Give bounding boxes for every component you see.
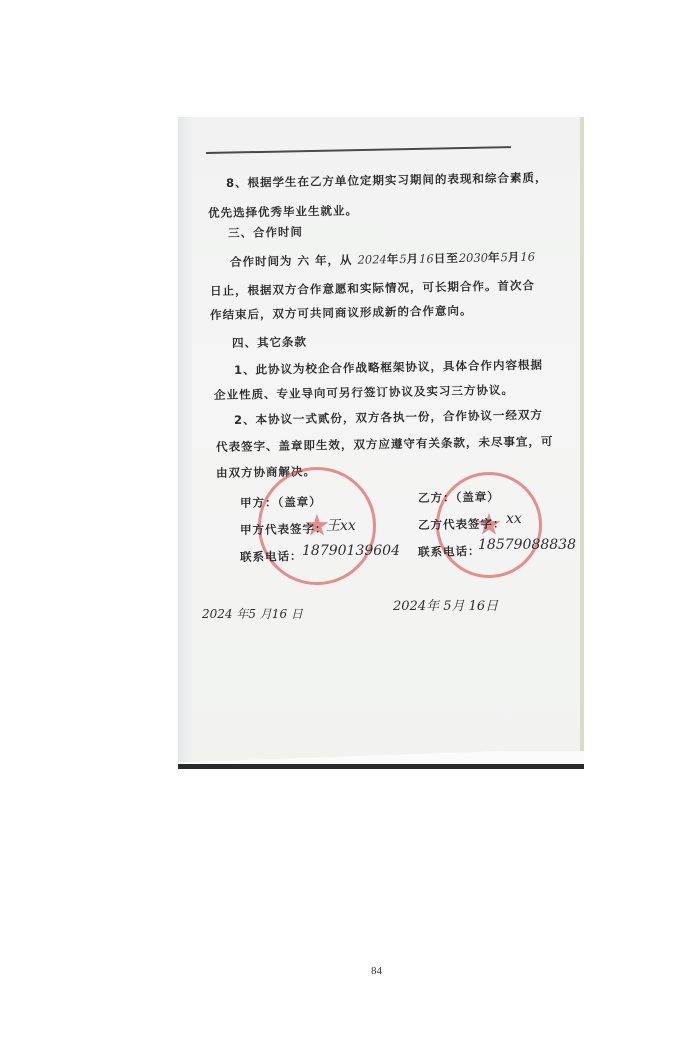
- other-terms-1-line2: 企业性质、专业导向可另行签订协议及实习三方协议。: [214, 382, 514, 403]
- section-3-title: 三、合作时间: [228, 224, 303, 241]
- header-rule: [206, 146, 511, 154]
- clause-8-line1: 8、根据学生在乙方单位定期实习期间的表现和综合素质，: [226, 169, 548, 191]
- coop-end-year: 2030: [459, 250, 489, 265]
- party-a-phone-label: 联系电话：: [240, 548, 303, 565]
- cooperation-period-line3: 作结束后，双方可共同商议形成新的合作意向。: [210, 302, 473, 323]
- coop-start-day: 16: [419, 251, 434, 265]
- party-b-signature: xx: [506, 511, 522, 527]
- cooperation-period-line1: 合作时间为 六 年，从 2024年5月16日至2030年5月16: [230, 249, 535, 270]
- coop-end-month: 5: [500, 250, 508, 264]
- page-shadow: [178, 117, 192, 769]
- party-a-label: 甲方：（盖章）: [240, 494, 322, 511]
- party-b-date: 2024年 5月 16日: [393, 595, 498, 614]
- scanned-document-photo: 8、根据学生在乙方单位定期实习期间的表现和综合素质， 优先选择优秀毕业生就业。 …: [178, 117, 584, 769]
- party-a-signature: 王xx: [326, 515, 356, 535]
- section-4-title: 四、其它条款: [232, 334, 307, 351]
- page-curl: [178, 751, 584, 765]
- page-number: 84: [371, 965, 382, 977]
- cooperation-period-line2: 日止，根据双方合作意愿和实际情况，可长期合作。首次合: [210, 277, 535, 299]
- party-b-label: 乙方：（盖章）: [418, 489, 500, 506]
- party-b-rep-label: 乙方代表签字：: [418, 515, 506, 533]
- coop-end-day: 16: [520, 250, 535, 264]
- clause-8-line2: 优先选择优秀毕业生就业。: [208, 202, 358, 221]
- page-bottom-edge: [178, 764, 584, 769]
- party-a-rep-label: 甲方代表签字：: [240, 520, 328, 538]
- party-b-phone: 18579088838: [478, 537, 576, 553]
- coop-prefix: 合作时间为 六 年，从: [230, 253, 353, 269]
- other-terms-1-line1: 1、此协议为校企合作战略框架协议，具体合作内容根据: [234, 357, 543, 378]
- coop-start-month: 5: [399, 252, 407, 266]
- party-b-phone-label: 联系电话：: [418, 543, 481, 560]
- page-edge: [580, 117, 584, 769]
- coop-start-year: 2024: [357, 252, 387, 267]
- coop-to: 日至: [434, 251, 459, 265]
- party-a-date: 2024 年5 月16 日: [202, 605, 303, 622]
- other-terms-2-line2: 代表签字、盖章即生效，双方应遵守有关条款，未尽事宜，可: [216, 433, 554, 455]
- other-terms-2-line1: 2、本协议一式贰份，双方各执一份，合作协议一经双方: [234, 407, 543, 428]
- party-a-phone: 18790139604: [302, 543, 400, 559]
